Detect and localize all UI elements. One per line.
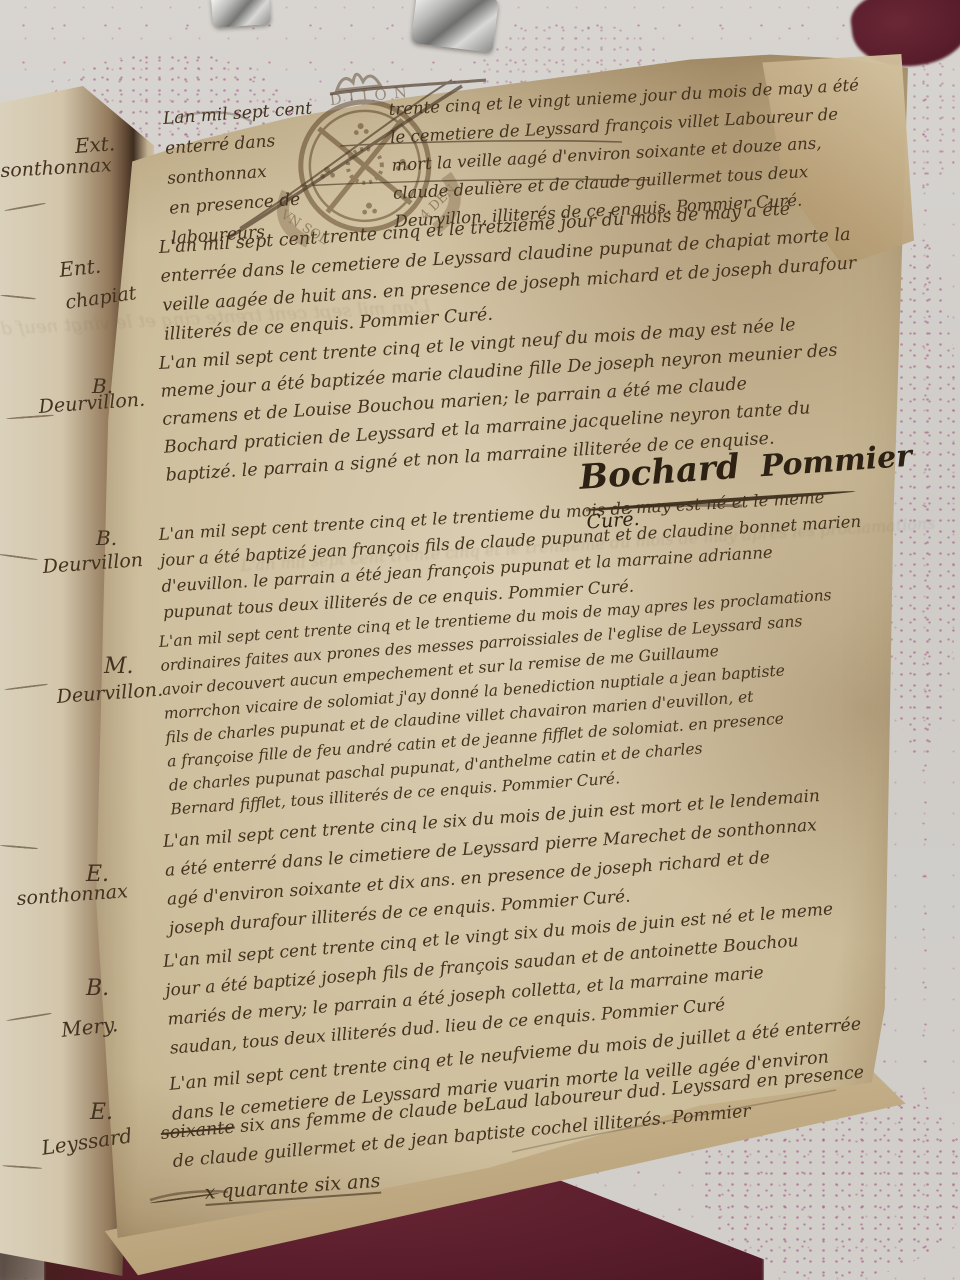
scrap-mark (0, 844, 38, 849)
photo-of-parish-register: DIJON VN SOL 4 DEN L'an mil sept cent tr… (0, 0, 960, 1280)
scrap-mark (6, 1012, 52, 1021)
margin-entry-type: B. (86, 976, 109, 1001)
scrap-mark (2, 1165, 42, 1170)
scrap-mark (0, 294, 36, 300)
margin-entry-type: E. (90, 1100, 113, 1125)
scrap-mark (0, 553, 38, 561)
metal-weight-icon (211, 0, 271, 28)
margin-entry-type: B. (96, 526, 117, 550)
binder-clip-icon (411, 0, 499, 53)
margin-entry-type: Ent. (58, 254, 102, 282)
signature-pommier: Pommier (759, 439, 913, 484)
scrap-mark (4, 202, 46, 211)
margin-entry-type: M. (104, 654, 134, 679)
scrap-mark (4, 683, 48, 690)
